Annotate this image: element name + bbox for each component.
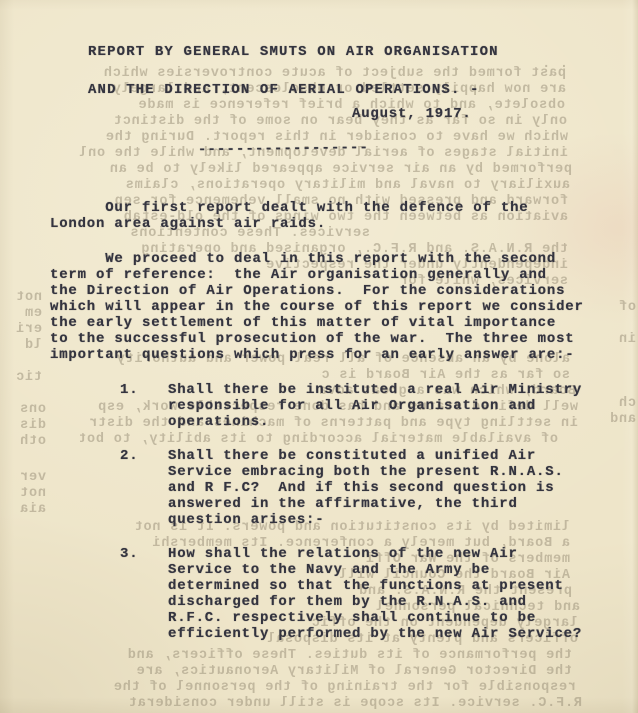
report-body: Our first report dealt with the defence … bbox=[50, 200, 592, 660]
bleed-through-line: R.F.C. service. Its scope is still under… bbox=[52, 696, 582, 712]
question-1-number: 1. bbox=[120, 382, 168, 430]
report-title-line2: AND THE DIRECTION OF AERIAL OPERATIONS. … bbox=[88, 82, 480, 98]
bleed-through-line: auxiliary to naval and military operatio… bbox=[42, 178, 570, 194]
report-title-line1: REPORT BY GENERAL SMUTS ON AIR ORGANISAT… bbox=[88, 44, 499, 60]
bleed-through-line: aia bbox=[2, 502, 46, 518]
bleed-through-line: and bbox=[592, 412, 636, 428]
bleed-through-line: ld bbox=[2, 338, 42, 354]
paragraph-terms-of-reference: We proceed to deal in this report with t… bbox=[50, 251, 592, 363]
paragraph-first-report: Our first report dealt with the defence … bbox=[50, 200, 592, 232]
bleed-through-line: responsible for the training of the pers… bbox=[52, 680, 576, 696]
question-item-3: 3. How shall the relations of the new Ai… bbox=[120, 546, 592, 642]
bleed-through-line: only in so far as they bear on some of t… bbox=[52, 114, 567, 130]
question-item-2: 2. Shall there be constituted a unified … bbox=[120, 448, 592, 528]
bleed-through-line: not bbox=[2, 290, 42, 306]
bleed-through-line: in bbox=[596, 332, 636, 348]
bleed-through-line: performed by an air service appeared lik… bbox=[40, 162, 572, 178]
bleed-through-line: not bbox=[2, 486, 46, 502]
bleed-through-line: the Director General of Military Aeronau… bbox=[52, 664, 572, 680]
bleed-through-line: dis bbox=[2, 418, 46, 434]
document-page: . .past formed the subject of acute cont… bbox=[0, 0, 638, 713]
question-3-text: How shall the relations of the new Air S… bbox=[168, 546, 592, 642]
bleed-through-line: eri bbox=[2, 322, 42, 338]
bleed-through-line: ons bbox=[2, 402, 46, 418]
question-1-text: Shall there be instituted a real Air Min… bbox=[168, 382, 592, 430]
dashed-rule: ------------------ bbox=[198, 140, 369, 158]
question-3-number: 3. bbox=[120, 546, 168, 642]
bleed-through-line: ver bbox=[2, 470, 46, 486]
bleed-through-line: ch bbox=[592, 396, 636, 412]
bleed-through-line: em bbox=[2, 306, 42, 322]
question-2-number: 2. bbox=[120, 448, 168, 528]
bleed-through-line: oth bbox=[2, 434, 46, 450]
question-2-text: Shall there be constituted a unified Air… bbox=[168, 448, 592, 528]
bleed-through-line: obsolete, and to which a brief reference… bbox=[60, 98, 565, 114]
bleed-through-line: tic bbox=[2, 370, 42, 386]
bleed-through-line: past formed the subject of acute controv… bbox=[88, 66, 566, 82]
question-item-1: 1. Shall there be instituted a real Air … bbox=[120, 382, 592, 430]
report-date: August, 1917. bbox=[352, 106, 472, 122]
bleed-through-line: of bbox=[596, 300, 636, 316]
